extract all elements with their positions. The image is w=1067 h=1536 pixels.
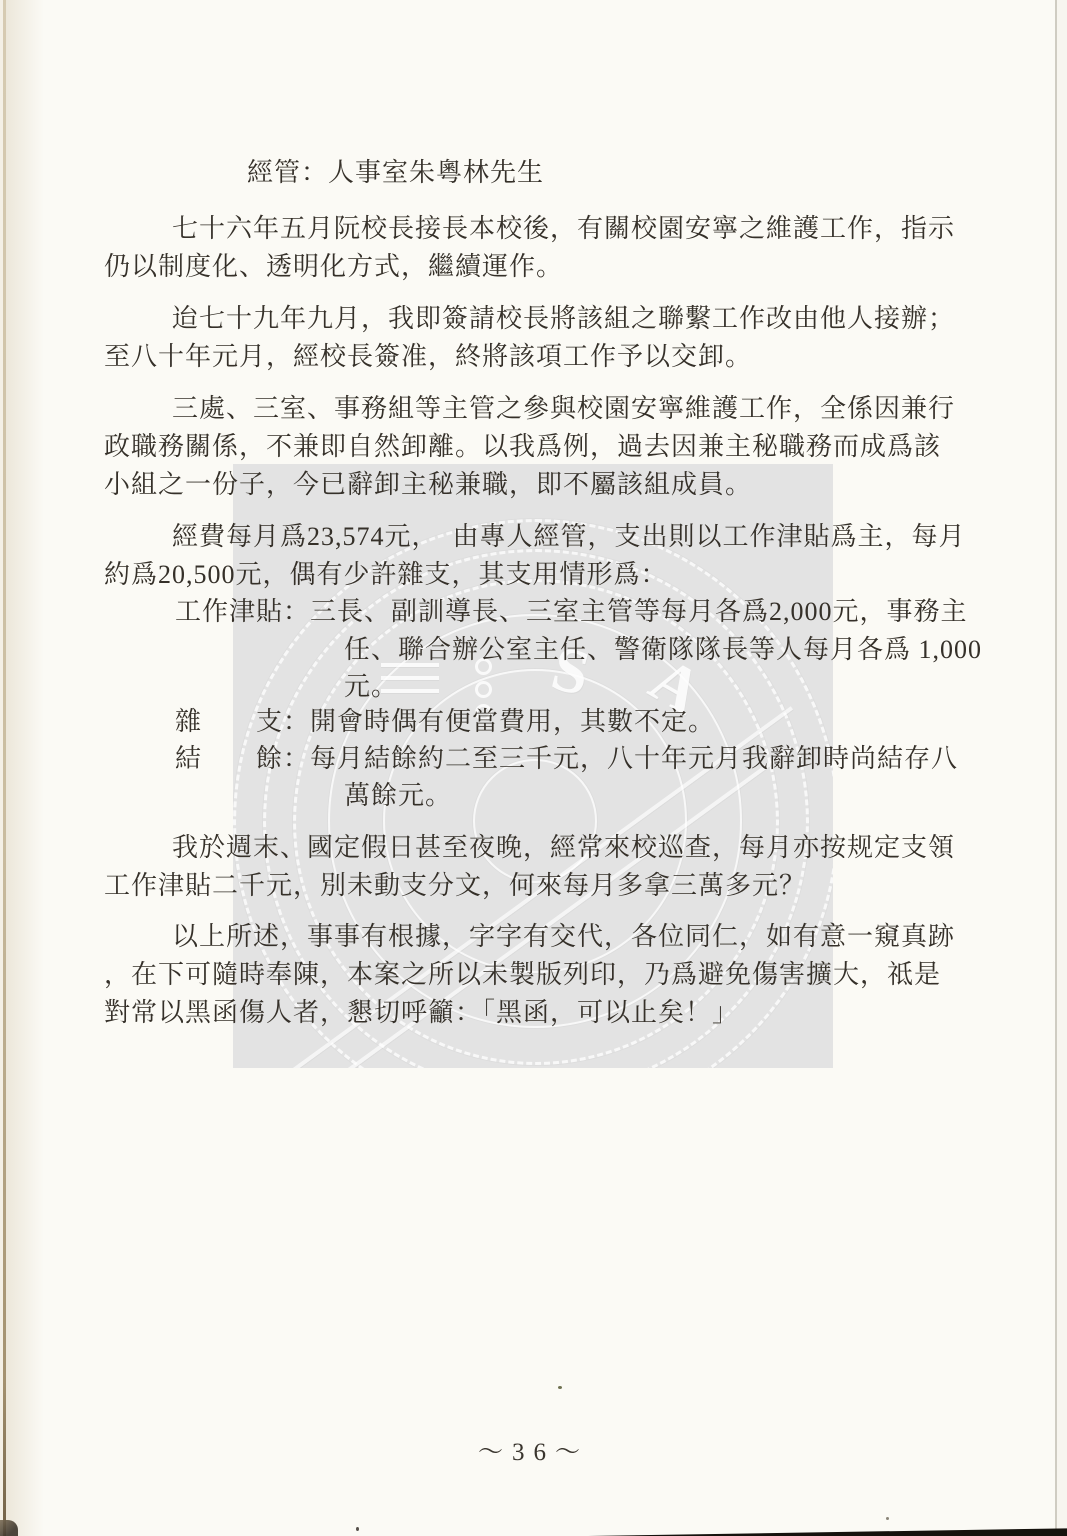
text-line: 對常以黑函傷人者，懇切呼籲：「黑函，可以止矣！」 <box>104 992 739 1029</box>
text-line: 七十六年五月阮校長接長本校後，有關校園安寧之維護工作，指示 <box>172 208 955 245</box>
text-line: 經費每月爲23,574元， 由專人經管，支出則以工作津貼爲主，每月 <box>172 516 966 553</box>
text-line: 工作津貼二千元，別未動支分文，何來每月多拿三萬多元？ <box>104 865 806 902</box>
bottom-left-smudge <box>0 1520 18 1536</box>
list-item-line: 萬餘元。 <box>344 775 452 812</box>
text-line: 三處、三室、事務組等主管之參與校園安寧維護工作，全係因兼行 <box>172 388 955 425</box>
text-line: 政職務關係，不兼即自然卸離。以我爲例，過去因兼主秘職務而成爲該 <box>104 426 941 463</box>
page-number: ～36～ <box>0 1432 1067 1468</box>
header-line: 經管：人事室朱粵林先生 <box>247 152 544 189</box>
right-edge-strip <box>1057 0 1067 1536</box>
text-line: ，在下可隨時奉陳，本案之所以未製版列印，乃爲避免傷害擴大，祗是 <box>104 954 941 991</box>
list-item-line: 結 餘：每月結餘約二至三千元，八十年元月我辭卸時尚結存八 <box>175 738 958 775</box>
text-line: 迨七十九年九月，我即簽請校長將該組之聯繫工作改由他人接辦； <box>172 298 955 335</box>
text-line: 我於週末、國定假日甚至夜晚，經常來校巡查，每月亦按规定支領 <box>172 827 955 864</box>
text-line: 至八十年元月，經校長簽准，終將該項工作予以交卸。 <box>104 336 752 373</box>
list-item-line: 工作津貼：三長、副訓導長、三室主管等每月各爲2,000元，事務主 <box>175 591 968 628</box>
list-item-line: 任、聯合辦公室主任、警衛隊隊長等人每月各爲 1,000 <box>344 629 982 666</box>
text-line: 小組之一份子，今已辭卸主秘兼職，即不屬該組成員。 <box>104 464 752 501</box>
text-line: 約爲20,500元，偶有少許雜支，其支用情形爲： <box>104 554 668 591</box>
list-item-line: 元。 <box>344 666 398 703</box>
bottom-scan-band <box>588 1527 1067 1536</box>
scan-speck <box>356 1527 359 1531</box>
scan-speck <box>886 1517 889 1520</box>
list-item-line: 雜 支：開會時偶有便當費用，其數不定。 <box>175 701 715 738</box>
text-line: 以上所述，事事有根據，字字有交代，各位同仁，如有意一窺真跡 <box>172 916 955 953</box>
scan-speck <box>558 1386 562 1389</box>
text-line: 仍以制度化、透明化方式，繼續運作。 <box>104 246 563 283</box>
scanned-document-page: { "document": { "language": "zh-Hant", "… <box>0 0 1067 1536</box>
left-edge-shadow <box>6 0 44 1536</box>
